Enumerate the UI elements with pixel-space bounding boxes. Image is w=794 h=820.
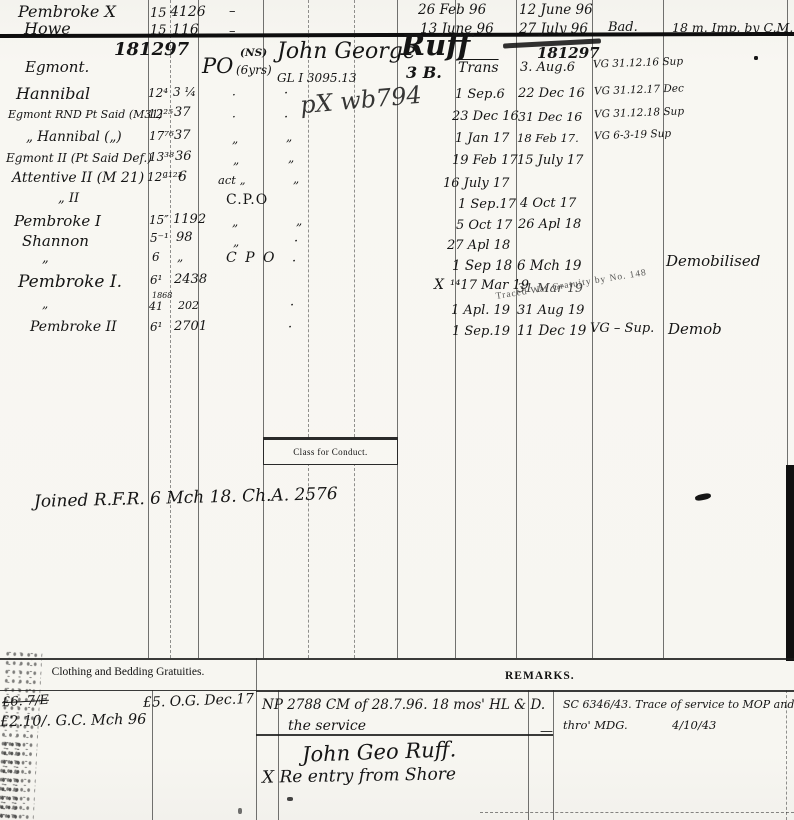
signature: John Geo Ruff. bbox=[302, 737, 457, 766]
ink-mark: — bbox=[540, 724, 553, 739]
character-cell: VG 31.12.16 Sup bbox=[593, 55, 683, 70]
ship-name-cell: Hannibal bbox=[16, 84, 90, 103]
remark-cell: Demob bbox=[668, 320, 722, 338]
character-cell: VG 31.12.18 Sup bbox=[594, 105, 684, 120]
ink-blot bbox=[238, 808, 242, 814]
header-rule bbox=[256, 690, 794, 692]
date-from-cell: 1 Jan 17 bbox=[455, 131, 509, 146]
column-rule bbox=[354, 0, 355, 437]
list-number-cell: 15 bbox=[150, 23, 167, 38]
official-no-cell: 4126 bbox=[170, 4, 206, 20]
list-number-cell: 15″ bbox=[149, 213, 169, 227]
character-cell: VG 31.12.17 Dec bbox=[594, 82, 684, 97]
column-rule bbox=[170, 0, 171, 658]
date-from-cell: 1 Sep.6 bbox=[455, 87, 505, 102]
trace-note: thro' MDG. bbox=[563, 718, 628, 732]
ink-blot bbox=[287, 797, 293, 801]
official-no-cell: 2701 bbox=[174, 319, 207, 334]
rating-cell: C.P.O bbox=[226, 192, 268, 208]
ship-name-cell: Howe bbox=[24, 19, 71, 38]
ink-mark: · bbox=[290, 298, 294, 313]
trace-date: 4/10/43 bbox=[672, 718, 716, 732]
court-martial-note: the service bbox=[288, 718, 366, 734]
reentry-note: X Re entry from Shore bbox=[262, 764, 456, 787]
underline-rule bbox=[256, 734, 553, 736]
ink-mark: · bbox=[294, 234, 298, 249]
date-from-cell: 1 Sep.19 bbox=[452, 324, 510, 339]
list-number-cell: 12²⁵ bbox=[148, 107, 173, 121]
ink-mark: · bbox=[288, 320, 292, 335]
remark-cell: 18 m. Imp. by C.M. bbox=[672, 20, 793, 35]
date-to-cell: 18 Feb 17. bbox=[517, 131, 579, 145]
date-from-cell: 1 Sep 18 bbox=[452, 258, 512, 274]
rating-note: (6yrs) bbox=[236, 63, 272, 77]
scan-dash-line bbox=[480, 812, 794, 813]
date-to-cell: 31 Dec 16 bbox=[518, 109, 582, 124]
rating-note: (NS) bbox=[240, 47, 267, 59]
column-rule bbox=[787, 0, 788, 465]
official-number: 181297 bbox=[114, 39, 189, 60]
ink-mark: „ bbox=[286, 130, 292, 144]
rfr-note: Joined R.F.R. 6 Mch 18. Ch.A. 2576 bbox=[34, 484, 338, 512]
gratuity-entry: £5. O.G. Dec.17 bbox=[143, 691, 255, 711]
ship-name-cell: „ II bbox=[58, 191, 79, 206]
scan-edge-band bbox=[786, 465, 794, 661]
character-cell: VG 6-3-19 Sup bbox=[594, 128, 672, 143]
date-to-cell: 11 Dec 19 bbox=[517, 323, 586, 339]
remarks-header: REMARKS. bbox=[505, 670, 575, 682]
rating-holder-name: John George bbox=[277, 39, 416, 64]
list-number-cell: 6 bbox=[152, 250, 160, 264]
official-no-cell: „ bbox=[177, 250, 183, 264]
date-from-cell: 26 Feb 96 bbox=[418, 2, 486, 18]
ink-blot bbox=[754, 56, 758, 60]
column-rule bbox=[354, 463, 355, 658]
official-no-cell: 202 bbox=[178, 299, 199, 312]
ink-mark: „ bbox=[296, 214, 302, 228]
character-cell: VG – Sup. bbox=[590, 321, 654, 336]
column-rule bbox=[663, 0, 664, 658]
ship-name-cell: Pembroke I. bbox=[18, 272, 122, 292]
trace-note: SC 6346/43. Trace of service to MOP and bbox=[563, 698, 794, 711]
official-no-cell: 36 bbox=[175, 149, 192, 164]
ship-name-cell: „ bbox=[42, 297, 48, 311]
date-to-cell: 22 Dec 16 bbox=[518, 86, 585, 101]
ink-blot bbox=[695, 492, 712, 501]
date-to-cell: 4 Oct 17 bbox=[520, 196, 576, 211]
list-number-cell: 12⁴ bbox=[148, 86, 168, 100]
rating-cell: act „ bbox=[218, 173, 246, 187]
rating-cell: PO bbox=[202, 54, 233, 78]
rating-cell: „ bbox=[233, 153, 239, 167]
class-for-conduct-box: Class for Conduct. bbox=[263, 437, 398, 465]
official-no-cell: 98 bbox=[176, 230, 193, 245]
column-rule bbox=[256, 658, 257, 820]
ink-mark: – bbox=[229, 4, 236, 19]
ink-mark: · bbox=[284, 86, 288, 101]
official-no-cell: 37 bbox=[174, 128, 191, 143]
date-from-cell: 1 Apl. 19 bbox=[451, 303, 510, 318]
official-no-cell: 3 ¼ bbox=[173, 85, 196, 99]
date-to-cell: 26 Apl 18 bbox=[518, 217, 581, 232]
character-cell: Bad. bbox=[608, 20, 638, 35]
rating-cell: „ bbox=[232, 215, 238, 229]
rating-holder-surname: Ruff bbox=[401, 28, 470, 62]
ship-name-cell: Egmont. bbox=[25, 58, 89, 76]
ink-mark: „ bbox=[293, 172, 299, 186]
date-from-cell: 23 Dec 16 bbox=[452, 109, 519, 124]
list-number-cell: 15 bbox=[150, 6, 167, 21]
date-from-cell: Trans bbox=[458, 60, 499, 76]
official-no-cell: 37 bbox=[174, 105, 191, 120]
ship-name-cell: Pembroke II bbox=[30, 319, 117, 335]
list-number-cell: 5⁻¹ bbox=[150, 231, 169, 245]
official-no-cell: 116 bbox=[172, 22, 199, 38]
class-note: 3 B. bbox=[406, 63, 442, 82]
ink-mark: · bbox=[284, 110, 288, 125]
list-number-cell: 13³⁸ bbox=[149, 150, 174, 164]
court-martial-note: NP 2788 CM of 28.7.96. 18 mos' HL & D. bbox=[262, 697, 545, 713]
scan-noise-patch bbox=[0, 739, 24, 820]
date-from-cell: 27 Apl 18 bbox=[447, 238, 510, 253]
date-to-cell: 6 Mch 19 bbox=[517, 258, 581, 274]
date-to-cell: 27 July 96 bbox=[519, 21, 588, 37]
class-for-conduct-label: Class for Conduct. bbox=[293, 447, 367, 457]
list-number-cell: 6¹ bbox=[150, 273, 162, 287]
list-number-note: 1868 bbox=[152, 291, 172, 300]
date-to-cell: 15 July 17 bbox=[517, 153, 583, 168]
ship-name-cell: „ bbox=[42, 251, 49, 266]
gunnery-qualification-note: GL I 3095.13 bbox=[277, 71, 357, 85]
ship-name-cell: „ Hannibal („) bbox=[26, 129, 122, 145]
date-to-cell: 3. Aug.6 bbox=[520, 60, 575, 75]
official-no-cell: 2438 bbox=[174, 272, 207, 287]
official-no-cell: 6 bbox=[178, 169, 187, 185]
ship-name-cell: Pembroke I bbox=[14, 212, 101, 230]
column-rule bbox=[553, 690, 554, 820]
official-no-cell: 1192 bbox=[173, 212, 206, 227]
margin-x-mark: X bbox=[434, 277, 444, 293]
rating-cell: C P O bbox=[226, 250, 277, 266]
ink-mark: – bbox=[229, 24, 236, 39]
column-rule bbox=[308, 0, 309, 437]
rating-cell: · bbox=[232, 88, 236, 102]
ink-mark: „ bbox=[288, 151, 294, 165]
date-from-cell: 16 July 17 bbox=[443, 176, 509, 191]
list-number-cell: 17⁷⁶ bbox=[149, 129, 174, 143]
ship-name-cell: Attentive II (M 21) bbox=[12, 170, 144, 186]
rating-cell: · bbox=[232, 110, 236, 124]
ship-name-cell: Shannon bbox=[22, 232, 89, 250]
rating-cell: „ bbox=[233, 235, 239, 249]
remark-cell: Demobilised bbox=[666, 252, 760, 270]
date-from-cell: 5 Oct 17 bbox=[456, 218, 512, 233]
signature-scrawl: pX wb794 bbox=[299, 81, 423, 120]
date-from-cell: 1 Sep.17 bbox=[458, 197, 516, 212]
date-to-cell: 31 Aug 19 bbox=[517, 303, 584, 318]
ship-name-cell: Egmont RND Pt Said (M31) bbox=[8, 108, 163, 121]
ink-mark: · bbox=[292, 254, 296, 269]
rating-cell: „ bbox=[232, 132, 238, 146]
service-record-page: Pembroke X 15 4126 26 Feb 96 12 June 96 … bbox=[0, 0, 794, 820]
date-to-cell: 12 June 96 bbox=[519, 2, 593, 18]
section-rule bbox=[0, 658, 794, 660]
date-from-cell: 19 Feb 17 bbox=[452, 153, 518, 168]
column-rule bbox=[263, 0, 264, 658]
list-number-cell: 6¹ bbox=[150, 320, 162, 334]
ship-name-cell: Egmont II (Pt Said Def.) bbox=[6, 151, 152, 165]
list-number-cell: 41 bbox=[149, 300, 163, 313]
